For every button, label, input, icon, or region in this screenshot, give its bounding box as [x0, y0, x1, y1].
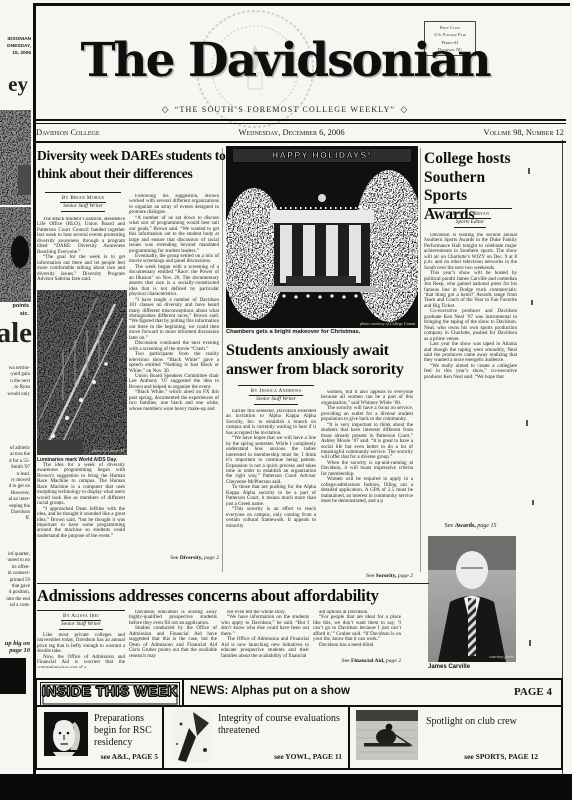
paragraph: “We really aimed to create a collegiate …: [424, 364, 517, 380]
paragraph: The sorority will have a focus on servic…: [321, 406, 413, 422]
paragraph: “This sorority is an effort to reach eve…: [226, 507, 316, 529]
paragraph: Co-executive producer and Davidson gradu…: [424, 309, 517, 342]
divider: [35, 705, 563, 707]
luminaria-staircase-photo: photo by Lauren M.: [37, 290, 127, 455]
chambers-photo-caption: Chambers gets a bright makeover for Chri…: [226, 329, 418, 335]
shakespeare-woodcut-icon: [44, 712, 88, 756]
diversity-column-2: Following his suggestion, Brown worked w…: [129, 194, 219, 554]
diamond-icon: ◇: [395, 104, 413, 114]
chambers-building-photo: HAPPY HOLIDAYS! photo courtesy of Colleg…: [226, 146, 418, 328]
jump-see: See: [366, 573, 375, 579]
adjacent-page-photo-block: [0, 658, 26, 694]
adjacent-page-photo: [0, 110, 31, 205]
jump-page: page 2: [397, 573, 413, 579]
admissions-column-3: not even tell the whole story. “We have …: [221, 610, 309, 668]
sports-column: Davidson is hosting the second annual So…: [424, 233, 517, 521]
teaser-title: Spotlight on club crew: [426, 716, 538, 728]
byline-title: Senior Staff Writer: [254, 396, 298, 405]
teaser-page-ref: see SPORTS, PAGE 12: [404, 752, 538, 761]
news-teaser-page: PAGE 4: [440, 686, 552, 698]
dateline-college: Davidson College: [36, 127, 100, 140]
adjacent-page-story-fragment: ird quarter, unted to no its offen- in c…: [0, 552, 30, 610]
news-teaser-label: NEWS: Alphas put on a show: [190, 685, 460, 697]
paragraph: “A number of us sat down to discuss what…: [129, 216, 219, 254]
teaser-title: Integrity of course evaluations threaten…: [218, 713, 342, 737]
admissions-column-2: Davidson education is scaring away highl…: [129, 610, 217, 668]
jump-see: See: [341, 658, 350, 664]
paragraph: “For people that are ideal for a place l…: [313, 615, 401, 642]
jump-page: page 2: [385, 658, 401, 664]
jump-see: See: [170, 555, 179, 561]
tagline-text: “THE SOUTH’S FOREMOST COLLEGE WEEKLY”: [175, 105, 396, 114]
paragraph: Davidson is hosting the second annual So…: [424, 233, 517, 271]
newspaper-front-page: IDSONIAN DNESDAY, 15, 2006 ey points sic…: [0, 0, 572, 800]
paragraph: Following his suggestion, Brown worked w…: [129, 194, 219, 216]
sorority-headline: Students anxiously await answer from bla…: [226, 341, 422, 382]
diversity-headline: Diversity week DAREs students to think a…: [37, 147, 233, 190]
jump-see: See: [445, 523, 455, 529]
diversity-byline: By Brian Moran Senior Staff Writer: [45, 192, 121, 212]
jump-page: page 2: [203, 555, 219, 561]
paragraph: The week began with a screening of a doc…: [129, 265, 219, 298]
column-rule: [222, 148, 223, 572]
sorority-byline: By Jessica Andrews Senior Staff Writer: [238, 385, 314, 405]
scan-mark: [526, 420, 528, 426]
admissions-column-4: aid options at Davidson. “For people tha…: [313, 610, 401, 656]
diversity-column-1-continued: Luminaries mark World AIDS Day. The idea…: [37, 457, 125, 575]
photo-credit: courtesy photo: [489, 654, 514, 659]
paragraph: The Black Student Coalition, Residence L…: [37, 217, 125, 255]
paragraph: “I approached Dean Jeffries with the ide…: [37, 507, 125, 540]
paragraph: Last year the show was taped in Atlanta …: [424, 342, 517, 364]
admissions-byline: By Alissa Irei Senior Staff Writer: [37, 610, 125, 630]
sports-jump-line: See Awards, page 15: [424, 523, 517, 529]
sorority-jump-line: See Sorority, page 2: [321, 573, 413, 579]
byline-author: By Alissa Irei: [61, 613, 101, 622]
scan-mark: [528, 168, 530, 174]
adjacent-page-headline-fragment: ey: [0, 72, 28, 97]
jump-target: Diversity,: [180, 555, 203, 561]
scan-mark: [531, 300, 533, 305]
photo-credit: photo by Lauren M.: [92, 448, 125, 453]
jump-target: Financial Aid,: [351, 658, 385, 664]
scan-bottom-band: [0, 774, 572, 800]
photo-credit: photo courtesy of College Comm.: [360, 321, 416, 326]
diversity-column-1: The Black Student Coalition, Residence L…: [37, 217, 125, 289]
admissions-jump-line: See Financial Aid, page 2: [313, 658, 401, 664]
adjacent-page-story-fragment: of athletic across the d for a 55- Smith…: [0, 446, 30, 523]
masthead-double-rule: [35, 119, 566, 124]
sports-byline: By Will Bryan Sports Editor: [428, 208, 512, 228]
ink-brush-icon: [172, 710, 212, 762]
admissions-column-1: By Alissa Irei Senior Staff Writer Like …: [37, 610, 125, 668]
paragraph: “I have taught a number of Davidson 101 …: [129, 298, 219, 342]
paragraph: Earlier this semester, Davidson extended…: [226, 409, 316, 436]
byline-title: Senior Staff Writer: [59, 621, 103, 630]
paragraph: This year’s show will be hosted by polit…: [424, 271, 517, 309]
paragraph: Now, the Office of Admission and Financi…: [37, 655, 125, 668]
paragraph: women, but it also appeals to everyone b…: [321, 390, 413, 406]
paragraph: “Black White,” which aired on FX this pa…: [129, 390, 219, 412]
adjacent-page-photo: [0, 207, 31, 302]
jump-target: Awards,: [455, 523, 476, 529]
jump-target: Sorority,: [376, 573, 397, 579]
paragraph: “The goal for the week is to get informa…: [37, 255, 125, 282]
paragraph: “It is very important to think about the…: [321, 423, 413, 461]
divider: [182, 680, 184, 705]
byline-title: Senior Staff Writer: [61, 203, 105, 212]
teaser-page-ref: see YOWL, PAGE 11: [228, 752, 342, 761]
dateline-rule: [35, 141, 566, 143]
teaser-title: Preparations begin for RSC residency: [94, 713, 160, 748]
sorority-column-2: women, but it also appeals to everyone b…: [321, 390, 413, 572]
scan-mark: [532, 500, 534, 505]
carville-photo-caption: James Carville: [428, 664, 516, 670]
diversity-jump-line: See Diversity, page 2: [129, 555, 219, 561]
teaser-page-ref: see A&L, PAGE 5: [58, 752, 158, 761]
tagline: ◇“THE SOUTH’S FOREMOST COLLEGE WEEKLY”◇: [35, 104, 535, 115]
diamond-icon: ◇: [157, 104, 175, 114]
adjacent-page-jump-fragment: up big on page 10: [0, 640, 30, 654]
paragraph: Women will be required to apply in a col…: [321, 477, 413, 504]
paragraph: Studies conducted by the Office of Admis…: [129, 626, 217, 659]
byline-title: Sports Editor: [454, 219, 486, 228]
paragraph: Union Board Speakers Committee chair Lee…: [129, 374, 219, 390]
paragraph: Davidson has a need-blind: [313, 643, 401, 648]
adjacent-page-story-fragment: wn territo- -yard gain n the next . to R…: [0, 366, 30, 398]
sports-headline: College hosts Southern Sports Awards: [424, 150, 518, 206]
jump-page: page 15: [476, 523, 497, 529]
byline-author: By Brian Moran: [60, 195, 107, 204]
divider: [162, 706, 164, 770]
byline-author: By Jessica Andrews: [249, 388, 304, 397]
happy-holidays-banner: HAPPY HOLIDAYS!: [232, 148, 412, 163]
admissions-headline: Admissions addresses concerns about affo…: [37, 586, 431, 608]
adjacent-page-masthead-fragment: IDSONIAN DNESDAY, 15, 2006: [0, 36, 31, 58]
paragraph: The idea for a week of diversity awarene…: [37, 463, 125, 507]
newspaper-title: The Davidsonian: [35, 33, 535, 88]
paragraph: To those that are pushing for the Alpha …: [226, 485, 316, 507]
sorority-column-1: Earlier this semester, Davidson extended…: [226, 409, 316, 572]
dateline: Davidson College Wednesday, December 6, …: [36, 127, 564, 140]
adjacent-page-headline-fragment: ale: [0, 317, 32, 350]
paragraph: “We have hopes that we will have a line …: [226, 436, 316, 485]
paragraph: Two participants from the reality televi…: [129, 352, 219, 374]
section-rule: [37, 583, 429, 584]
divider: [348, 706, 350, 770]
paragraph: The Office of Admission and Financial Ai…: [221, 637, 309, 659]
paragraph: Davidson education is scaring away highl…: [129, 610, 217, 626]
inside-this-week-banner: INSIDE THIS WEEK: [40, 682, 180, 707]
paragraph: Like most private colleges and universit…: [37, 633, 125, 655]
paragraph: When the sorority is up-and-running at D…: [321, 461, 413, 477]
dateline-date: Wednesday, December 6, 2006: [238, 127, 344, 140]
paragraph: “We have information on the students who…: [221, 615, 309, 637]
james-carville-photo: courtesy photo: [428, 536, 516, 662]
scan-mark: [529, 640, 531, 646]
dateline-volume: Volume 98, Number 12: [484, 127, 564, 140]
byline-author: By Will Bryan: [449, 211, 491, 220]
